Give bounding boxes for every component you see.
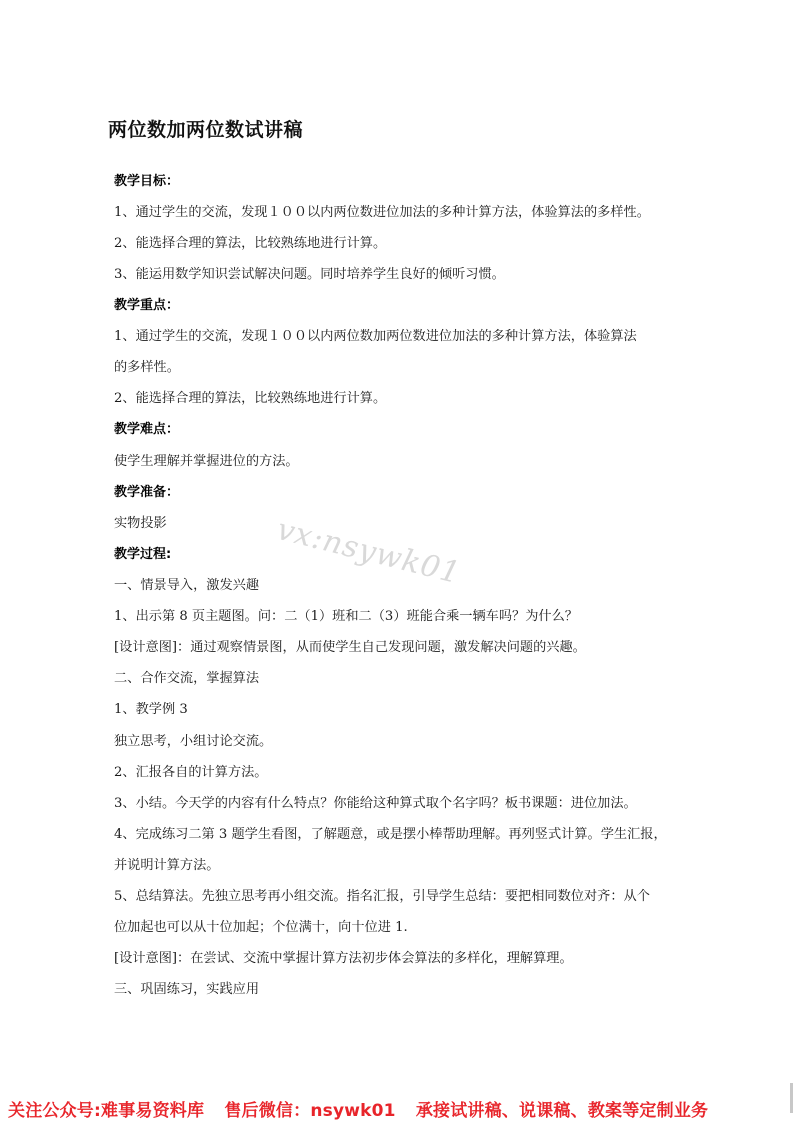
section-heading-key-points: 教学重点： <box>114 294 179 313</box>
paragraph: 2、能选择合理的算法，比较熟练地进行计算。 <box>114 387 386 406</box>
paragraph: 2、能选择合理的算法，比较熟练地进行计算。 <box>114 232 386 251</box>
paragraph: 1、出示第 8 页主题图。问：二（1）班和二（3）班能合乘一辆车吗？为什么？ <box>114 605 578 624</box>
paragraph: 一、情景导入，激发兴趣 <box>114 574 259 593</box>
footer-wechat: 售后微信：nsywk01 <box>224 1101 395 1121</box>
section-heading-process: 教学过程: <box>114 543 171 562</box>
paragraph: 二、合作交流，掌握算法 <box>114 667 259 686</box>
paragraph: 的多样性。 <box>114 356 180 375</box>
paragraph: [设计意图]：通过观察情景图，从而使学生自己发现问题，激发解决问题的兴趣。 <box>114 636 586 655</box>
footer-banner: 关注公众号:难事易资料库 售后微信：nsywk01 承接试讲稿、说课稿、教案等定… <box>8 1096 788 1121</box>
section-heading-objectives: 教学目标： <box>114 170 179 189</box>
paragraph: 实物投影 <box>114 512 167 531</box>
paragraph: 1、通过学生的交流，发现１００以内两位数进位加法的多种计算方法，体验算法的多样性… <box>114 201 650 220</box>
paragraph: 独立思考，小组讨论交流。 <box>114 730 272 749</box>
paragraph: 位加起也可以从十位加起；个位满十，向十位进 1. <box>114 916 408 935</box>
section-heading-preparation: 教学准备： <box>114 481 179 500</box>
paragraph: 3、能运用数学知识尝试解决问题。同时培养学生良好的倾听习惯。 <box>114 263 505 282</box>
paragraph: 5、总结算法。先独立思考再小组交流。指名汇报，引导学生总结：要把相同数位对齐：从… <box>114 885 650 904</box>
paragraph: 4、完成练习二第 3 题学生看图，了解题意，或是摆小棒帮助理解。再列竖式计算。学… <box>114 823 667 842</box>
footer-official-account: 关注公众号:难事易资料库 <box>8 1101 204 1121</box>
paragraph: 1、教学例 3 <box>114 698 188 717</box>
paragraph: 使学生理解并掌握进位的方法。 <box>114 450 299 469</box>
paragraph: 3、小结。今天学的内容有什么特点？你能给这种算式取个名字吗？板书课题：进位加法。 <box>114 792 637 811</box>
paragraph: 2、汇报各自的计算方法。 <box>114 761 267 780</box>
footer-services: 承接试讲稿、说课稿、教案等定制业务 <box>416 1101 708 1121</box>
paragraph: 并说明计算方法。 <box>114 854 220 873</box>
paragraph: 1、通过学生的交流，发现１００以内两位数加两位数进位加法的多种计算方法，体验算法 <box>114 325 637 344</box>
paragraph: 三、巩固练习，实践应用 <box>114 978 259 997</box>
paragraph: [设计意图]：在尝试、交流中掌握计算方法初步体会算法的多样化，理解算理。 <box>114 947 573 966</box>
section-heading-difficulties: 教学难点： <box>114 418 179 437</box>
watermark-text: vx:nsywk01 <box>274 512 465 591</box>
document-page: 两位数加两位数试讲稿 教学目标： 1、通过学生的交流，发现１００以内两位数进位加… <box>0 0 793 1122</box>
document-title: 两位数加两位数试讲稿 <box>108 115 303 142</box>
